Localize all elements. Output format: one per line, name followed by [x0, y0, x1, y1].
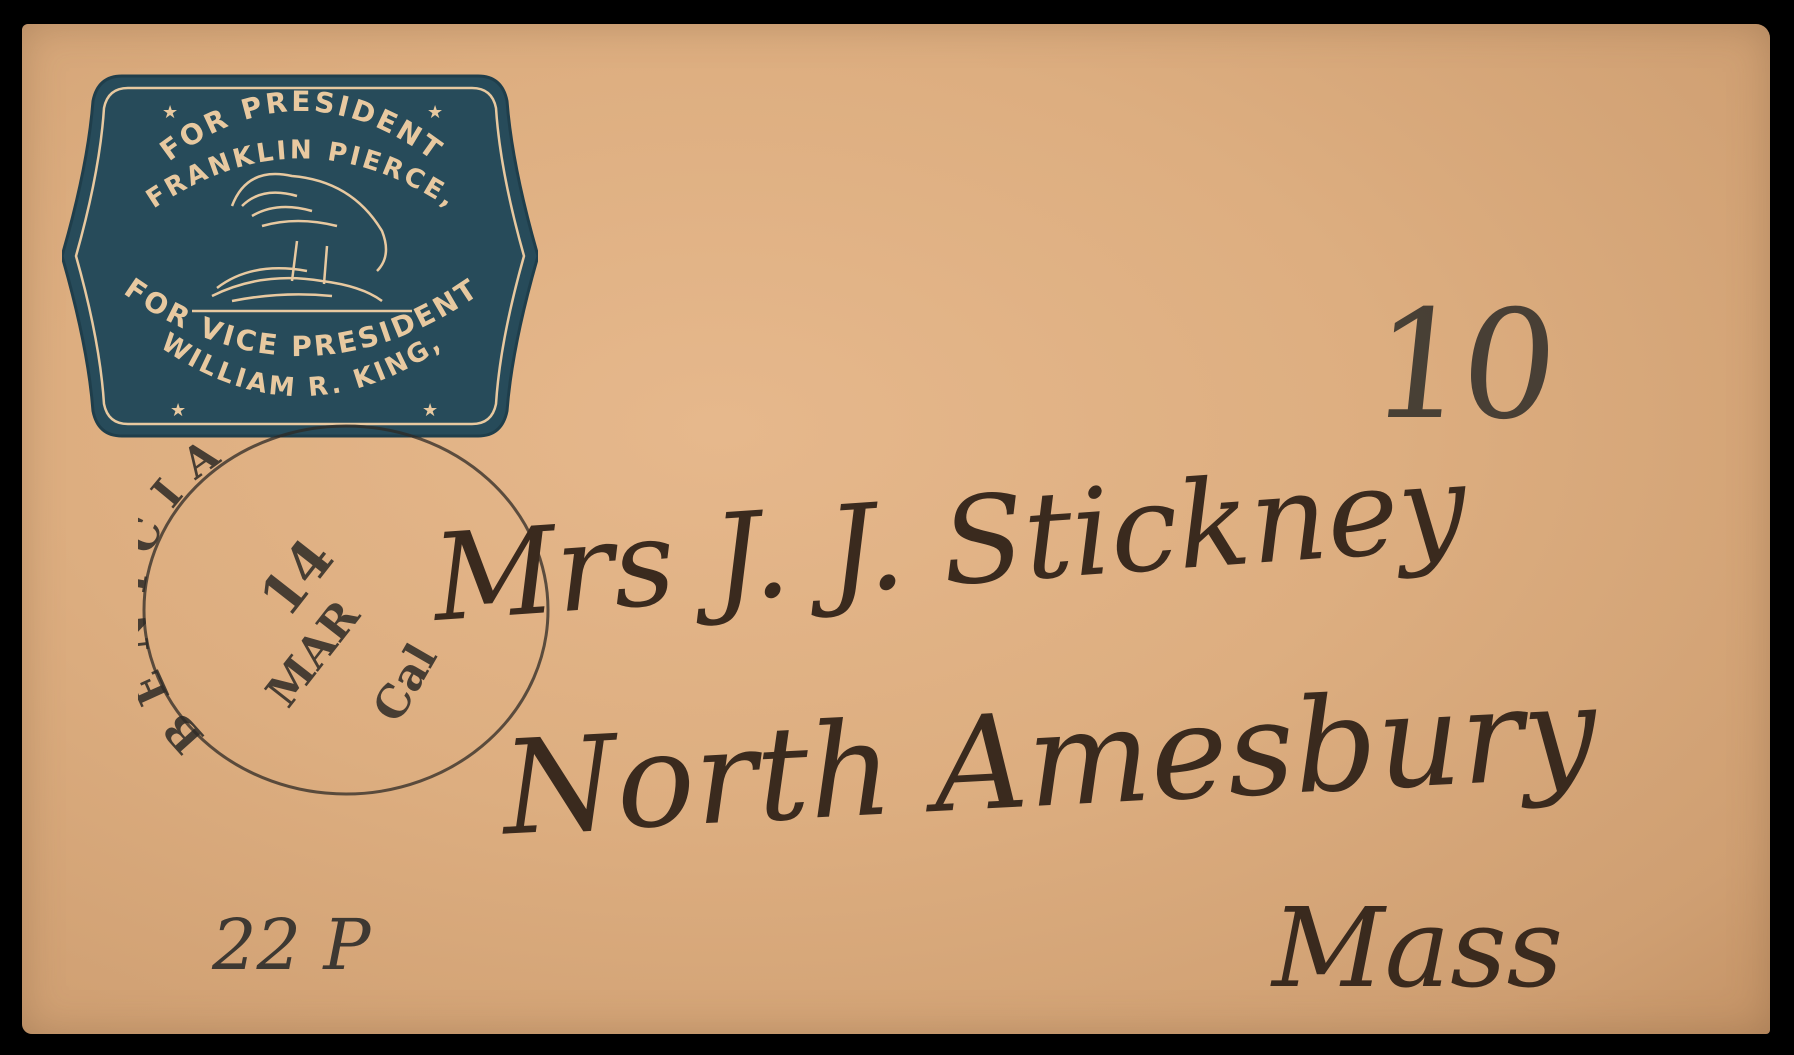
postmark-state: Cal	[363, 636, 447, 731]
postmark-town: BENICIA	[138, 420, 242, 763]
star-icon: ★	[162, 102, 181, 123]
envelope: FOR PRESIDENT FRANKLIN PIERCE, FOR VICE …	[22, 24, 1770, 1034]
pencil-note: 22 P	[212, 904, 370, 986]
address-line3: Mass	[1272, 884, 1563, 1012]
address-line1: Mrs J. J. Stickney	[428, 438, 1470, 649]
svg-text:BENICIA: BENICIA	[138, 420, 242, 763]
address-line2: North Amesbury	[499, 655, 1600, 864]
rate-marking: 10	[1363, 279, 1560, 453]
star-icon: ★	[170, 400, 189, 421]
star-icon: ★	[427, 102, 446, 123]
star-icon: ★	[422, 400, 441, 421]
campaign-cameo: FOR PRESIDENT FRANKLIN PIERCE, FOR VICE …	[62, 56, 538, 456]
